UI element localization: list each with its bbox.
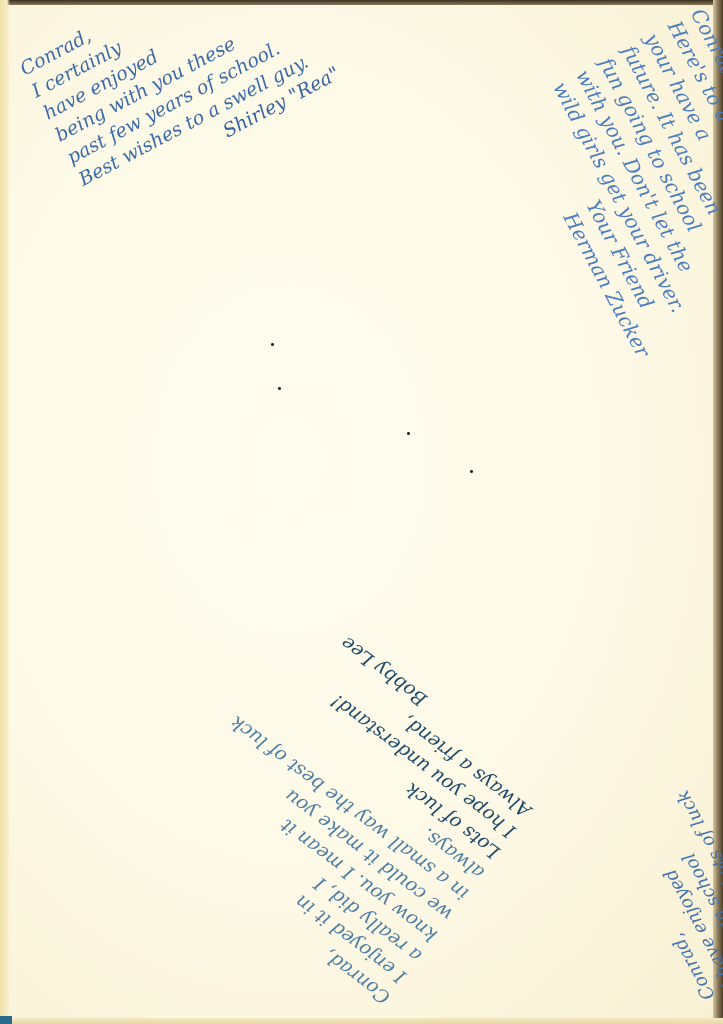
yearbook-page: Conrad, I certainly have enjoyed being w… (0, 0, 723, 1024)
page-top-edge (0, 0, 723, 5)
paper-speck (271, 343, 274, 346)
autograph-top-left: Conrad, I certainly have enjoyed being w… (16, 0, 344, 215)
autograph-bottom-left: Conrad, I enjoyed it in a really did, I … (147, 606, 553, 1010)
page-left-edge (0, 0, 10, 1024)
paper-speck (470, 470, 473, 473)
autograph-top-right: Conrad wishing Here's to a happy your ha… (501, 4, 723, 361)
page-bottom-edge (0, 1018, 723, 1024)
autograph-bottom-right: Conrad, I have enjoyed being in school w… (608, 741, 723, 1004)
paper-speck (407, 432, 410, 435)
paper-speck (278, 387, 281, 390)
cover-corner (0, 1016, 12, 1024)
